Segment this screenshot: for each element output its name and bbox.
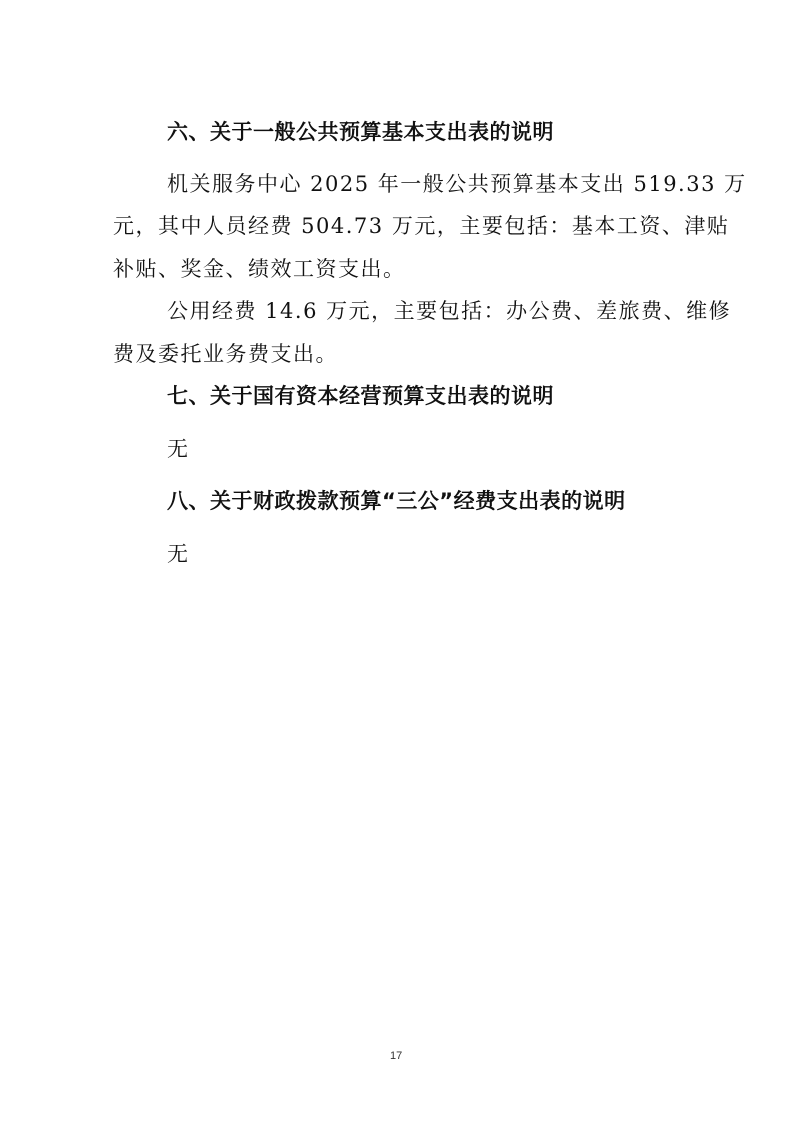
document-page: 六、关于一般公共预算基本支出表的说明 机关服务中心 2025 年一般公共预算基本… <box>0 0 800 1131</box>
section-heading-7: 七、关于国有资本经营预算支出表的说明 <box>167 380 554 410</box>
paragraph-line: 无 <box>167 433 190 463</box>
paragraph-line: 机关服务中心 2025 年一般公共预算基本支出 519.33 万 <box>167 168 747 198</box>
paragraph-line: 元，其中人员经费 504.73 万元，主要包括：基本工资、津贴 <box>113 210 729 240</box>
paragraph-line: 无 <box>167 538 190 568</box>
section-heading-8: 八、关于财政拨款预算“三公”经费支出表的说明 <box>167 485 626 515</box>
paragraph-line: 补贴、奖金、绩效工资支出。 <box>113 253 406 283</box>
section-heading-6: 六、关于一般公共预算基本支出表的说明 <box>167 116 554 146</box>
paragraph-line: 公用经费 14.6 万元，主要包括：办公费、差旅费、维修 <box>167 295 731 325</box>
page-number: 17 <box>390 1050 402 1062</box>
paragraph-line: 费及委托业务费支出。 <box>113 338 338 368</box>
